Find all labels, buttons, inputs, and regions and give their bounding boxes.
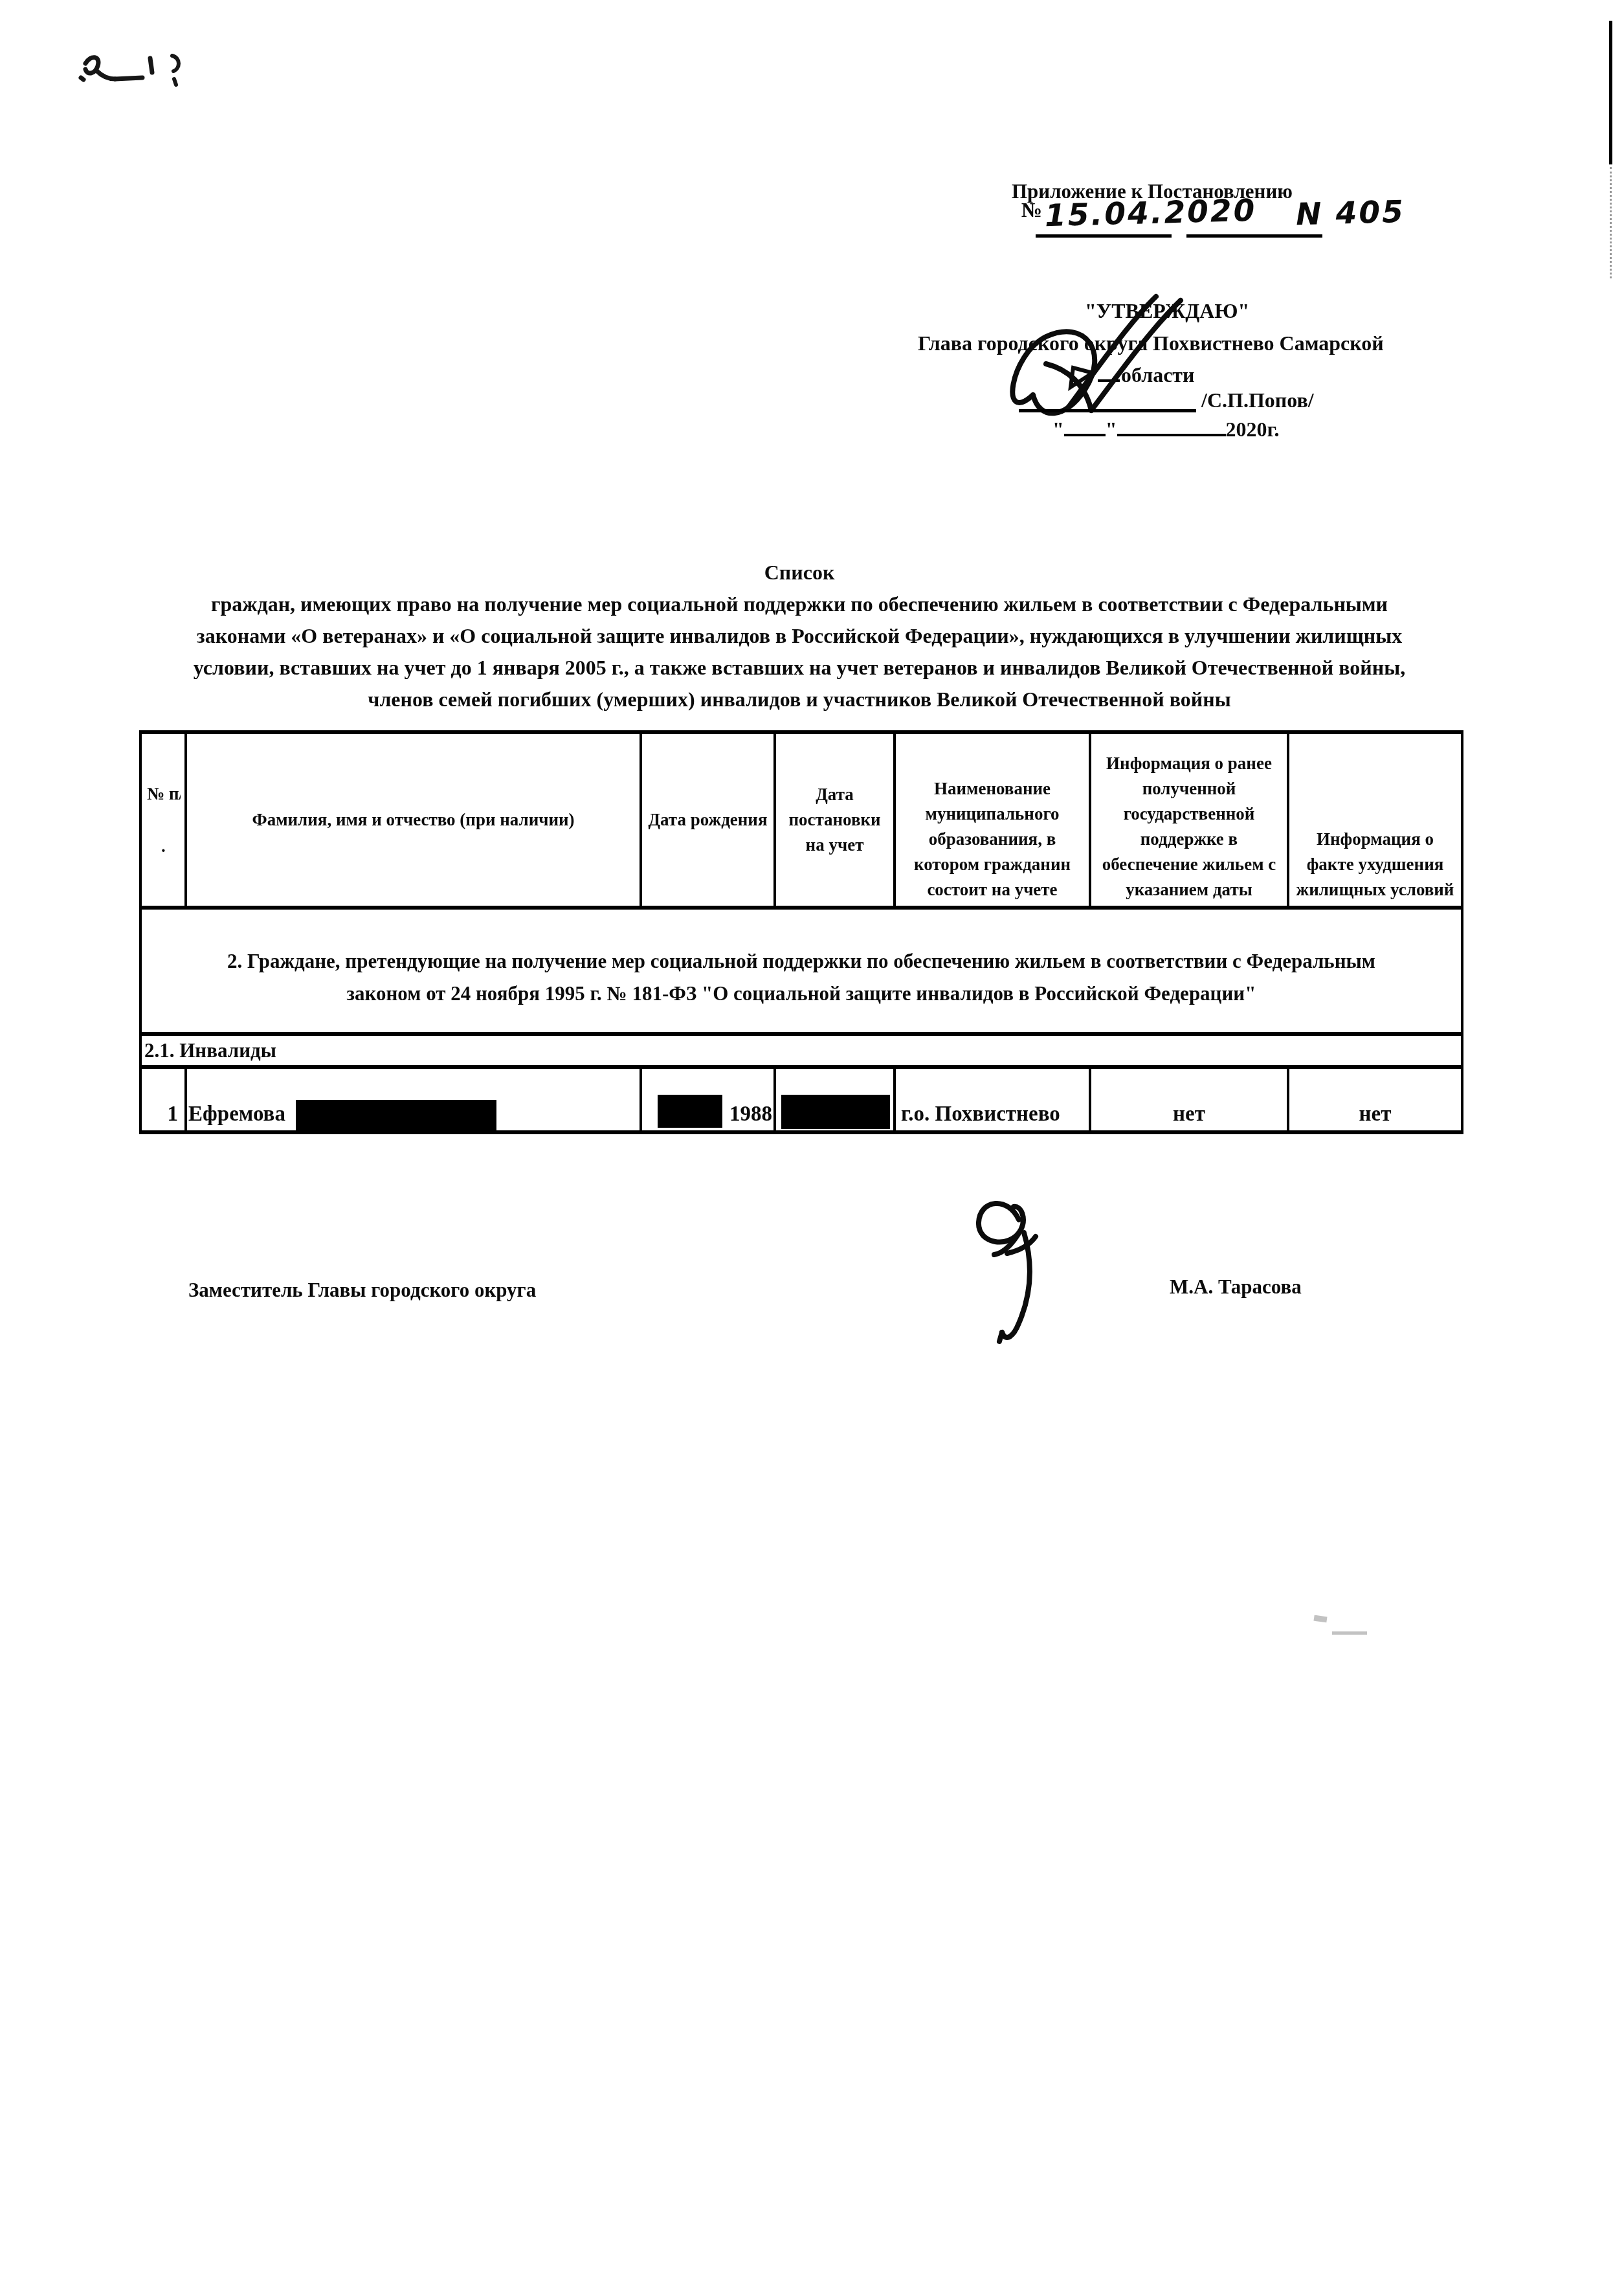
number-underline-1 (1036, 234, 1172, 238)
appendix-number-line: № 15.04.2020 N 405 (1021, 198, 1405, 229)
cell-municipality: г.о. Похвистнево (895, 1067, 1090, 1132)
list-heading-block: Список граждан, имеющих право на получен… (68, 557, 1531, 715)
redaction-box-birth (658, 1095, 722, 1128)
cell-prior-support: нет (1090, 1067, 1288, 1132)
scanned-document-page: Приложение к Постановлению № 15.04.2020 … (0, 0, 1624, 2284)
table-row: 1 Ефремова 1988 г.о. Похвистнево нет нет (140, 1067, 1462, 1132)
cell-index: 1 (140, 1067, 186, 1132)
cell-registration-date (775, 1067, 895, 1132)
list-subtitle-line-2: законами «О ветеранах» и «О социальной з… (68, 620, 1531, 652)
col-header-index: № п/п . (140, 732, 186, 908)
scan-edge-dots (1610, 167, 1612, 278)
col-header-name: Фамилия, имя и отчество (при наличии) (186, 732, 641, 908)
handwritten-number: N 405 (1295, 197, 1405, 230)
signer-position: Заместитель Главы городского округа (188, 1279, 536, 1302)
approve-date-line: ""2020г. (1052, 417, 1279, 442)
section-heading-cell: 2. Граждане, претендующие на получение м… (140, 908, 1462, 1034)
list-subtitle-line-1: граждан, имеющих право на получение мер … (68, 588, 1531, 620)
scan-speck (1332, 1631, 1367, 1635)
cell-birth: 1988 (641, 1067, 775, 1132)
date-year: 2020г. (1226, 418, 1280, 441)
subsection-heading-row: 2.1. Инвалиды (140, 1034, 1462, 1067)
page-title: Список (68, 557, 1531, 588)
popov-signature-underline (1019, 409, 1196, 412)
list-subtitle-line-3: условии, вставших на учет до 1 января 20… (68, 652, 1531, 684)
col-header-prior-support: Информация о ранее полученной государств… (1090, 732, 1288, 908)
date-quote-close: " (1106, 418, 1117, 441)
ink-tick-mark (166, 52, 188, 88)
scan-edge-line (1609, 21, 1612, 164)
table-header-row: № п/п . Фамилия, имя и отчество (при нал… (140, 732, 1462, 908)
date-day-blank (1064, 417, 1106, 436)
signature-tarasova (957, 1191, 1080, 1353)
col-header-municipality: Наименование муниципального образованиия… (895, 732, 1090, 908)
section-heading-line2: законом от 24 ноября 1995 г. № 181-ФЗ "О… (142, 978, 1460, 1010)
redaction-box-registration (781, 1095, 890, 1129)
signer-name: М.А. Тарасова (1170, 1275, 1302, 1299)
scan-speck (1313, 1615, 1327, 1623)
list-subtitle-line-4: членов семей погибших (умерших) инвалидо… (68, 684, 1531, 715)
date-quote-open: " (1052, 418, 1064, 441)
handwritten-date: 15.04.2020 (1045, 196, 1257, 232)
section-heading-line1: 2. Граждане, претендующие на получение м… (142, 945, 1460, 978)
col-header-birth-date: Дата рождения (641, 732, 775, 908)
date-month-blank (1117, 417, 1226, 436)
number-underline-2 (1186, 234, 1322, 238)
cell-surname: Ефремова (186, 1067, 641, 1132)
col-header-registration-date: Дата постановки на учет (775, 732, 895, 908)
col-header-worsening: Информация о факте ухудшения жилищных ус… (1288, 732, 1462, 908)
number-sign: № (1021, 198, 1042, 221)
section-heading-row: 2. Граждане, претендующие на получение м… (140, 908, 1462, 1034)
cell-worsening: нет (1288, 1067, 1462, 1132)
subsection-heading-cell: 2.1. Инвалиды (140, 1034, 1462, 1067)
beneficiaries-table: № п/п . Фамилия, имя и отчество (при нал… (139, 730, 1463, 1134)
redaction-box-name (296, 1100, 496, 1130)
approver-name: /С.П.Попов/ (1201, 388, 1314, 412)
